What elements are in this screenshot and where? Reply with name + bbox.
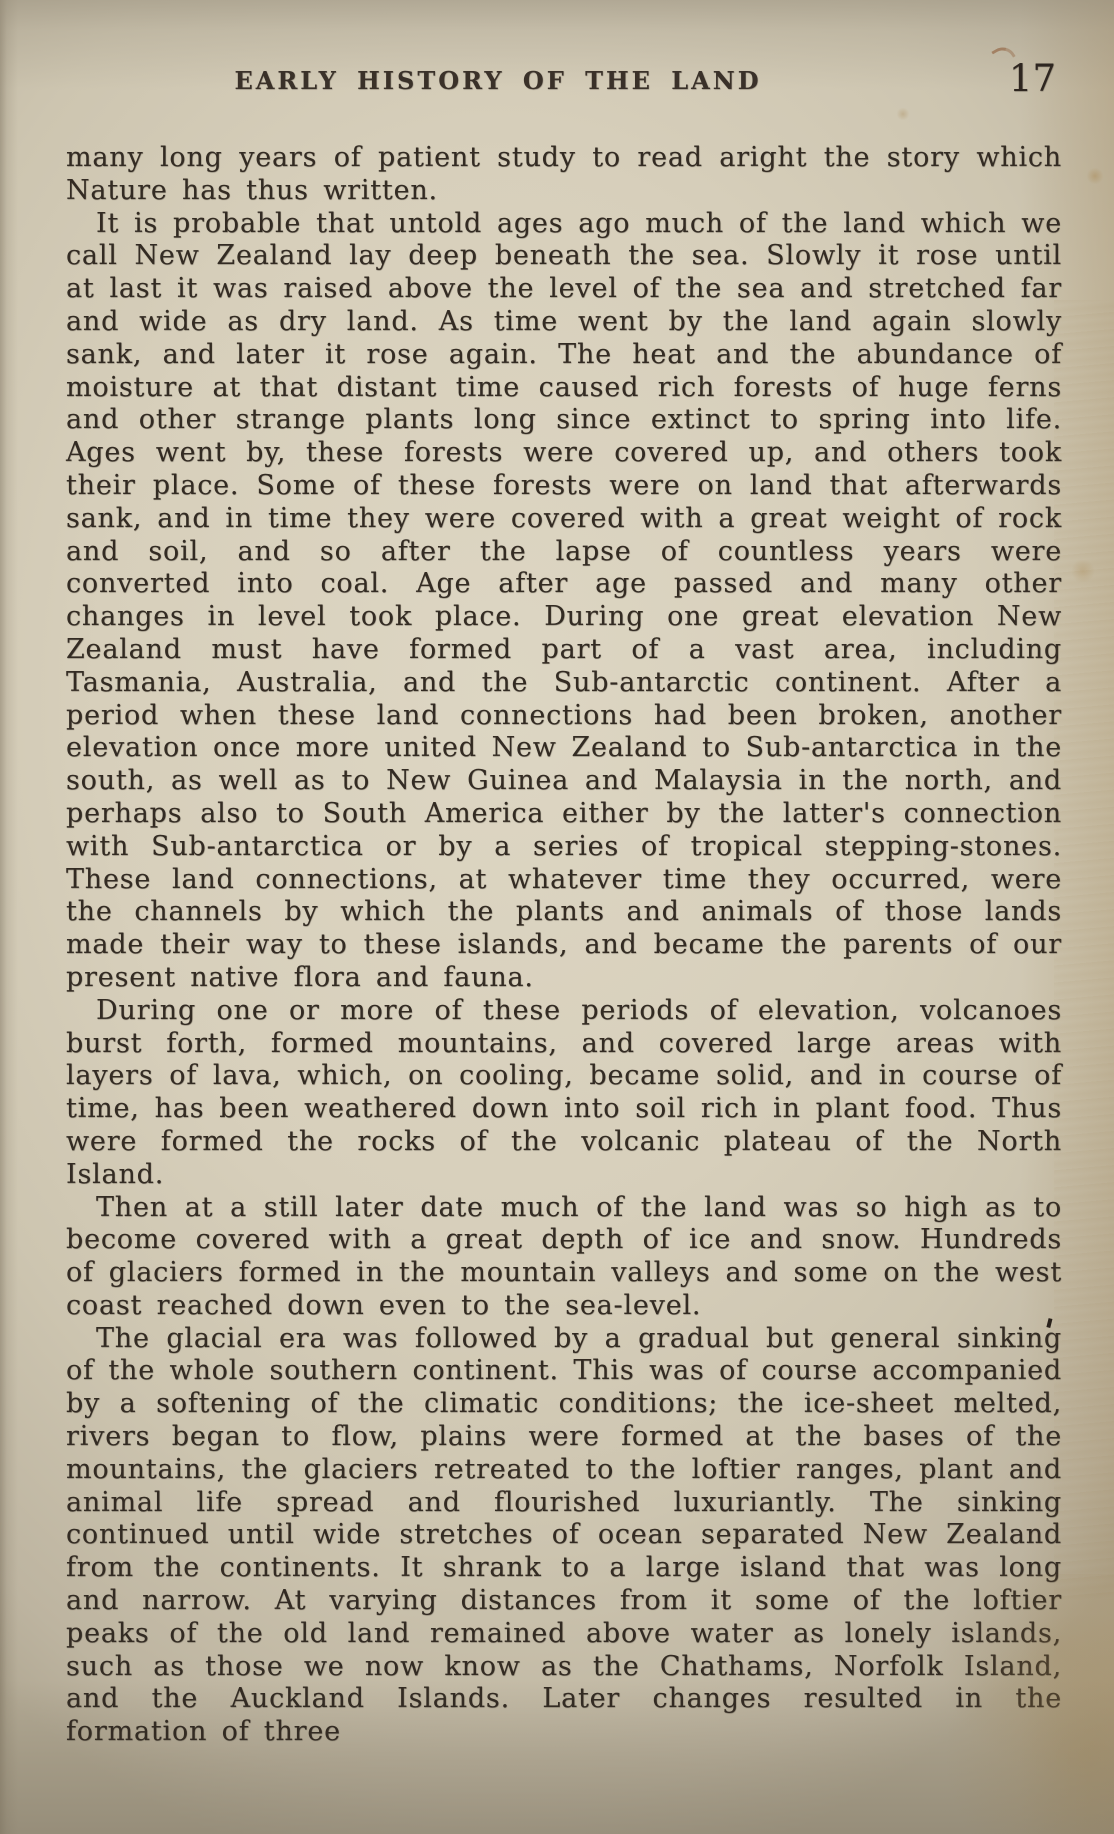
paragraph-geological-history: It is probable that untold ages ago much… <box>66 208 1062 995</box>
body-text: many long years of patient study to read… <box>0 142 1114 1749</box>
paragraph-continuation: many long years of patient study to read… <box>66 142 1062 208</box>
running-title: EARLY HISTORY OF THE LAND <box>2 66 994 95</box>
paragraph-volcanoes: During one or more of these periods of e… <box>66 995 1062 1192</box>
book-page-scan: EARLY HISTORY OF THE LAND 17 many long y… <box>0 0 1114 1834</box>
paragraph-glacial-era: The glacial era was followed by a gradua… <box>66 1323 1062 1749</box>
page-header: EARLY HISTORY OF THE LAND 17 <box>0 66 1114 106</box>
foxing-spot <box>896 108 910 120</box>
page-number: 17 <box>1009 57 1056 100</box>
paragraph-glaciers: Then at a still later date much of the l… <box>66 1192 1062 1323</box>
